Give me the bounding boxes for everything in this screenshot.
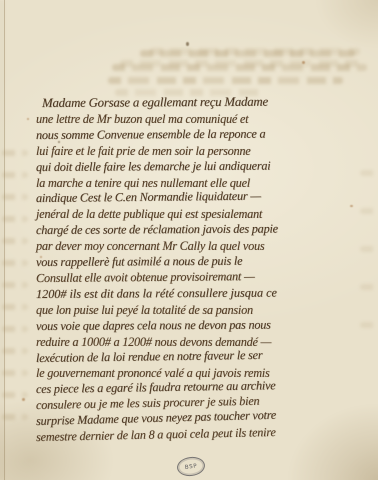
manuscript-line: 1200# ils est dit dans la rété consuller… <box>36 285 370 303</box>
bleed-through-line <box>140 50 355 57</box>
manuscript-line: aindique Cest le C.en Normandie liquidat… <box>36 188 370 207</box>
archive-stamp-text: BSP <box>184 463 197 470</box>
letter-text: Madame Gorsase a egallemant reçu Madameu… <box>36 96 370 446</box>
bleed-through-mark <box>2 150 28 156</box>
bleed-through-mark <box>2 392 28 398</box>
bleed-through-mark <box>2 348 28 354</box>
foxing-spot <box>302 61 305 64</box>
manuscript-line: chargé de ces sorte de réclamation javoi… <box>36 221 370 239</box>
bleed-through-mark <box>2 414 28 420</box>
archive-stamp: BSP <box>176 455 206 477</box>
manuscript-line: nous somme Convenue ensemble de la repon… <box>36 126 370 144</box>
manuscript-line: Consullat elle avoit obtenue provisoirem… <box>36 268 370 287</box>
bleed-through-mark <box>360 208 376 214</box>
bleed-through-line <box>108 77 343 84</box>
bleed-through-mark <box>360 322 376 328</box>
bleed-through-mark <box>2 172 28 178</box>
bleed-through-mark <box>2 304 28 310</box>
bleed-through-line <box>112 64 367 71</box>
ink-speck <box>58 141 60 143</box>
bleed-through-mark <box>2 194 28 200</box>
manuscript-line: qui doit dielle faire les demarche je lu… <box>36 158 370 176</box>
bleed-through-mark <box>360 170 376 176</box>
bleed-through-mark <box>2 370 28 376</box>
manuscript-line: lui faire et le fait prie de men soir la… <box>36 144 370 160</box>
bleed-through-mark <box>2 238 28 244</box>
bleed-through-mark <box>360 246 376 252</box>
bleed-through-mark <box>2 216 28 222</box>
foxing-spot <box>27 118 29 120</box>
foxing-spot <box>40 256 42 258</box>
bleed-through-mark <box>360 284 376 290</box>
bleed-through-mark <box>2 282 28 288</box>
manuscript-line: Madame Gorsase a egallemant reçu Madame <box>42 94 370 112</box>
bleed-through-mark <box>2 326 28 332</box>
manuscript-line: vous voie que dapres cela nous ne devon … <box>36 317 370 335</box>
ink-speck <box>186 42 189 46</box>
foxing-spot <box>22 398 25 401</box>
bleed-through-mark <box>2 260 28 266</box>
foxing-spot <box>350 205 353 207</box>
manuscript-page: Madame Gorsase a egallemant reçu Madameu… <box>0 0 378 480</box>
